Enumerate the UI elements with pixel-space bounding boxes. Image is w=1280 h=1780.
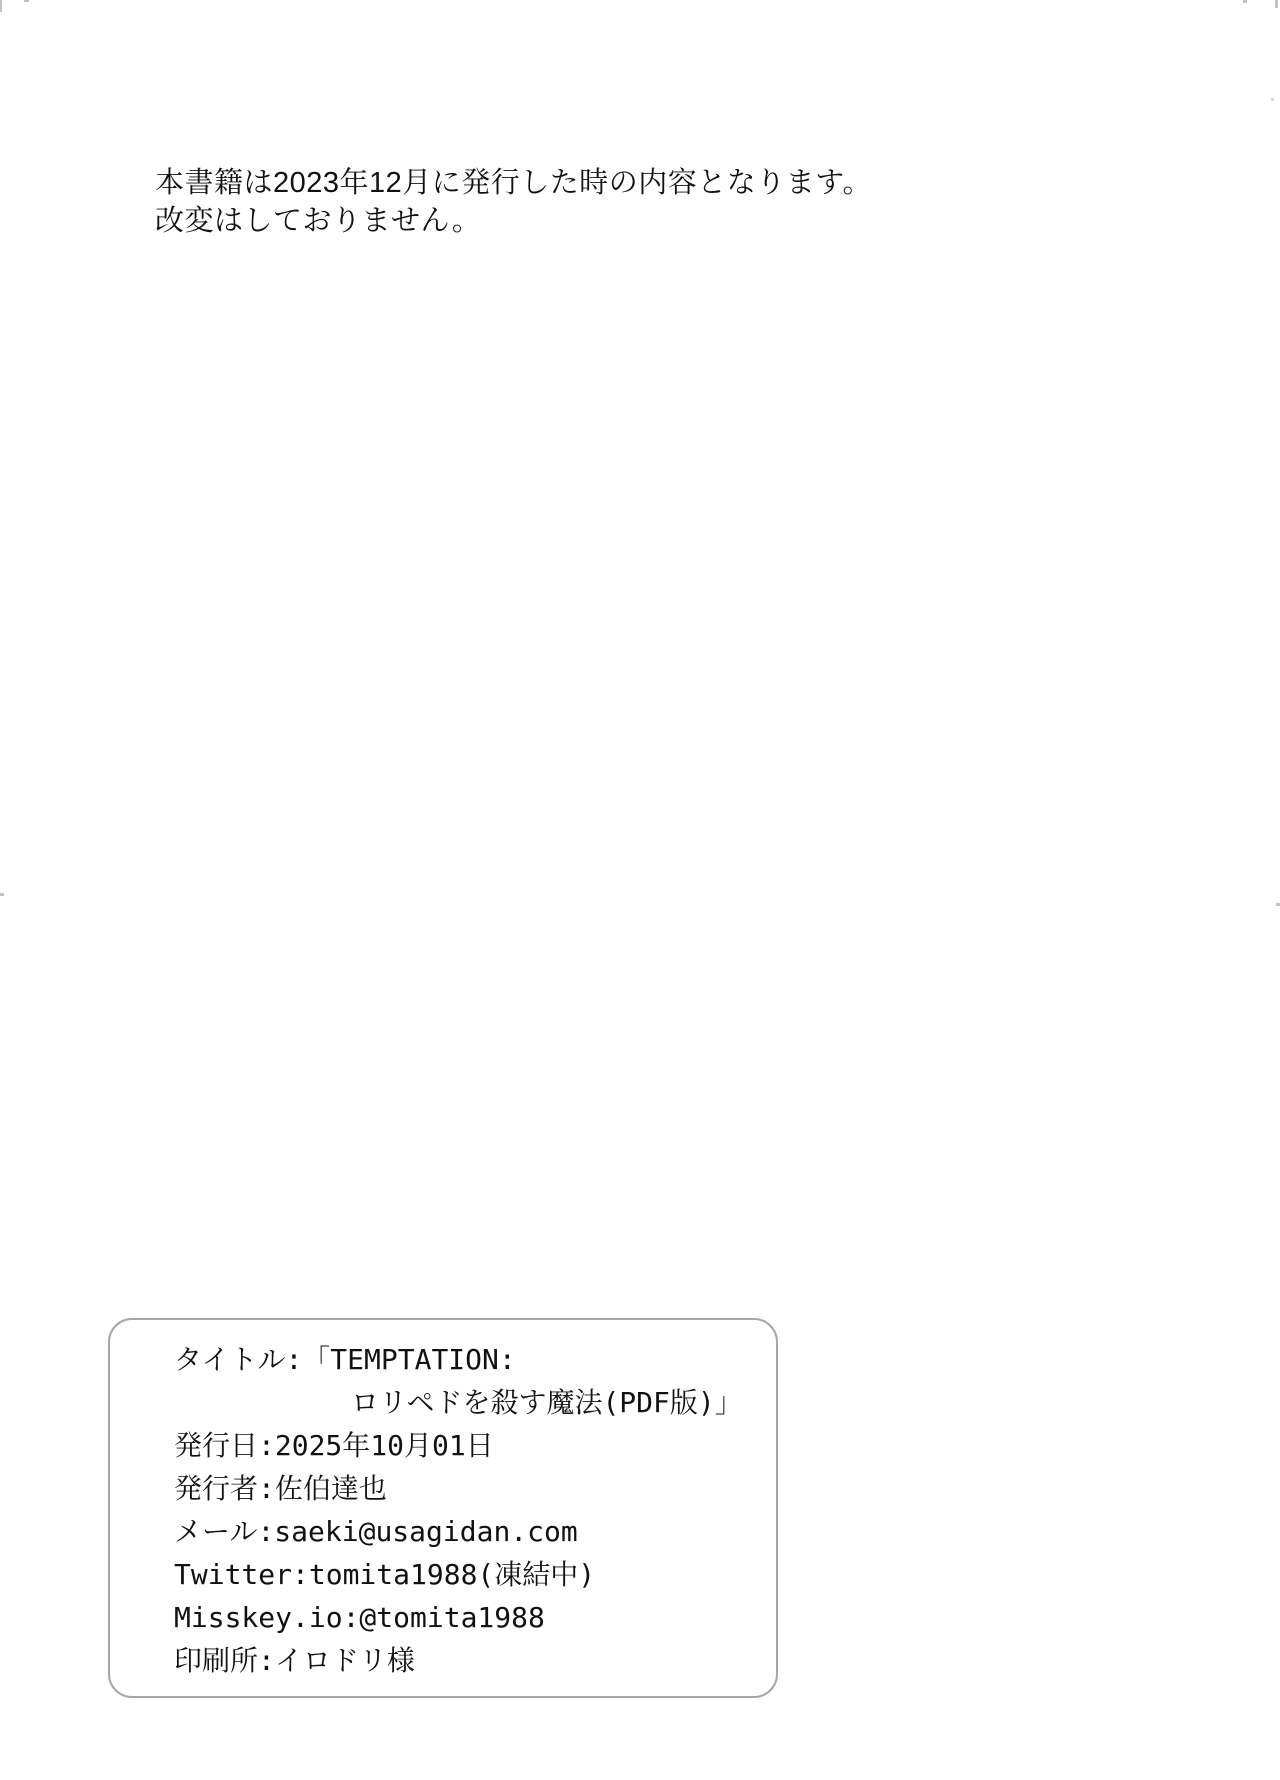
scan-artifact xyxy=(24,0,29,2)
scan-artifact xyxy=(1243,0,1247,3)
registration-tick-left xyxy=(0,893,4,896)
scan-artifact xyxy=(1271,98,1274,101)
colophon-email: メール:saeki@usagidan.com xyxy=(174,1510,760,1553)
edition-notice-line2: 改変はしておりません。 xyxy=(155,202,872,240)
scanned-colophon-page: 本書籍は2023年12月に発行した時の内容となります。 改変はしておりません。 … xyxy=(0,0,1280,1780)
scan-artifact xyxy=(0,0,2,12)
colophon-twitter: Twitter:tomita1988(凍結中) xyxy=(174,1553,760,1596)
scan-artifact xyxy=(1275,0,1278,8)
colophon-publisher: 発行者:佐伯達也 xyxy=(174,1467,760,1510)
colophon-misskey: Misskey.io:@tomita1988 xyxy=(174,1596,760,1639)
colophon-printer: 印刷所:イロドリ様 xyxy=(174,1639,760,1682)
edition-notice-line1: 本書籍は2023年12月に発行した時の内容となります。 xyxy=(155,164,872,202)
colophon-box: タイトル:「TEMPTATION: ロリペドを殺す魔法(PDF版)」 発行日:2… xyxy=(108,1318,778,1698)
colophon-publish-date: 発行日:2025年10月01日 xyxy=(174,1424,760,1467)
colophon-title-line1: タイトル:「TEMPTATION: xyxy=(174,1338,760,1381)
colophon-title-line2: ロリペドを殺す魔法(PDF版)」 xyxy=(174,1381,760,1424)
edition-notice: 本書籍は2023年12月に発行した時の内容となります。 改変はしておりません。 xyxy=(155,164,872,240)
registration-tick-right xyxy=(1276,903,1280,906)
